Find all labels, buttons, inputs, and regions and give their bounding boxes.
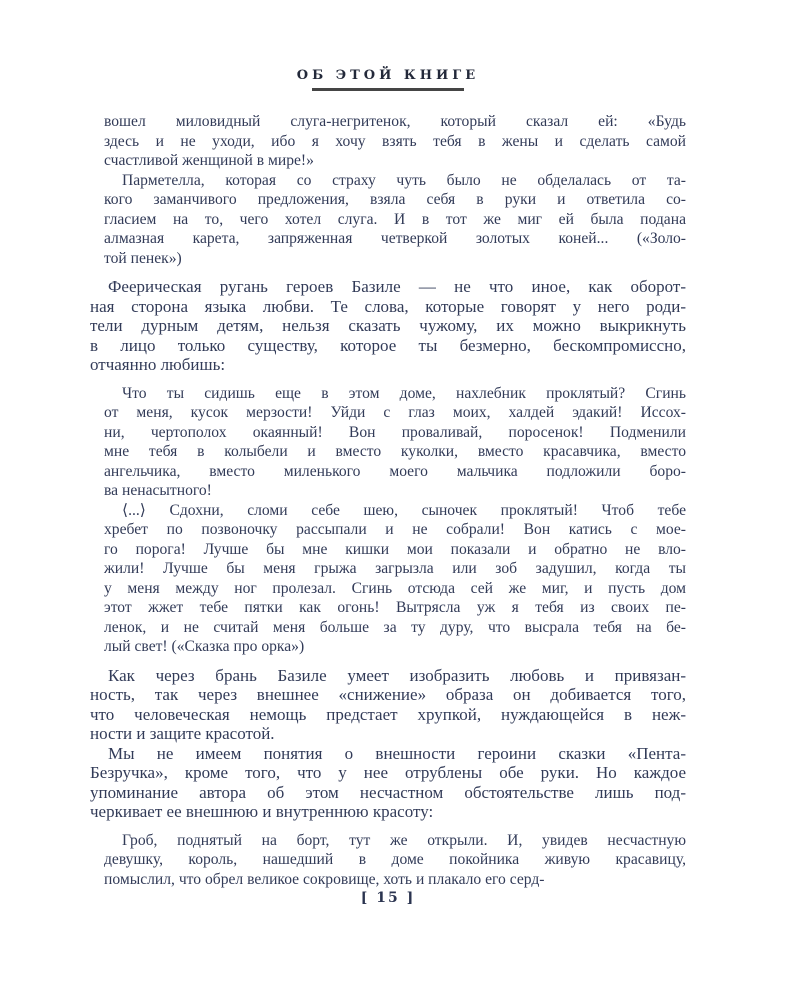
text-line: упоминание автора об этом несчастном обс… <box>90 783 686 803</box>
text-line: ва ненасытного! <box>104 481 686 501</box>
text-line: ленок, и не считай меня больше за ту дур… <box>104 618 686 638</box>
text-line: вошел миловидный слуга-негритенок, котор… <box>104 112 686 132</box>
text-line: гласием на то, чего хотел слуга. И в тот… <box>104 210 686 230</box>
text-line: Безручка», кроме того, что у нее отрубле… <box>90 763 686 783</box>
quote-block: Что ты сидишь еще в этом доме, нахлебник… <box>104 384 686 657</box>
text-line: той пенек») <box>104 249 686 269</box>
text-line: что человеческая немощь предстает хрупко… <box>90 705 686 725</box>
body-paragraph-block: Феерическая ругань героев Базиле — не чт… <box>90 277 686 375</box>
text-line: го порога! Лучше бы мне кишки мои показа… <box>104 540 686 560</box>
text-line: ная сторона языка любви. Те слова, котор… <box>90 297 686 317</box>
text-line: Как через брань Базиле умеет изобразить … <box>90 666 686 686</box>
text-line: отчаянно любишь: <box>90 355 686 375</box>
page-text: вошел миловидный слуга-негритенок, котор… <box>90 112 686 889</box>
chapter-title: ОБ ЭТОЙ КНИГЕ <box>297 68 479 83</box>
quote-block: вошел миловидный слуга-негритенок, котор… <box>104 112 686 268</box>
page-footer: [ 15 ] <box>90 889 686 907</box>
text-line: ность, так через внешнее «снижение» обра… <box>90 685 686 705</box>
text-line: кого заманчивого предложения, взяла себя… <box>104 190 686 210</box>
text-line: алмазная карета, запряженная четверкой з… <box>104 229 686 249</box>
text-line: в лицо только существу, которое ты безме… <box>90 336 686 356</box>
text-line: жили! Лучше бы меня грыжа загрызла или з… <box>104 559 686 579</box>
text-line: черкивает ее внешнюю и внутреннюю красот… <box>90 802 686 822</box>
text-line: у меня между ног пролезал. Сгинь отсюда … <box>104 579 686 599</box>
text-line: хребет по позвоночку рассыпали и не собр… <box>104 520 686 540</box>
page-number: [ 15 ] <box>361 890 415 906</box>
text-line: здесь и не уходи, ибо я хочу взять тебя … <box>104 132 686 152</box>
text-line: Мы не имеем понятия о внешности героини … <box>90 744 686 764</box>
text-line: помыслил, что обрел великое сокровище, х… <box>104 870 686 890</box>
text-line: Феерическая ругань героев Базиле — не чт… <box>90 277 686 297</box>
book-page: ОБ ЭТОЙ КНИГЕ вошел миловидный слуга-нег… <box>0 0 800 1000</box>
text-line: тели дурным детям, нельзя сказать чужому… <box>90 316 686 336</box>
text-line: Парметелла, которая со страху чуть было … <box>104 171 686 191</box>
text-line: ности и защите красотой. <box>90 724 686 744</box>
text-line: Что ты сидишь еще в этом доме, нахлебник… <box>104 384 686 404</box>
chapter-header: ОБ ЭТОЙ КНИГЕ <box>90 66 686 91</box>
text-line: ангельчика, вместо миленького моего маль… <box>104 462 686 482</box>
chapter-title-rule <box>312 88 464 91</box>
text-line: девушку, король, нашедший в доме покойни… <box>104 850 686 870</box>
text-line: счастливой женщиной в мире!» <box>104 151 686 171</box>
body-paragraph-block: Как через брань Базиле умеет изобразить … <box>90 666 686 822</box>
text-line: ⟨...⟩ Сдохни, сломи себе шею, сыночек пр… <box>104 501 686 521</box>
text-line: Гроб, поднятый на борт, тут же открыли. … <box>104 831 686 851</box>
text-line: от меня, кусок мерзости! Уйди с глаз мои… <box>104 403 686 423</box>
text-line: мне тебя в колыбели и вместо куколки, вм… <box>104 442 686 462</box>
text-line: этот жжет тебе пятки как огонь! Вытрясла… <box>104 598 686 618</box>
text-line: ни, чертополох окаянный! Вон проваливай,… <box>104 423 686 443</box>
text-line: лый свет! («Сказка про орка») <box>104 637 686 657</box>
quote-block: Гроб, поднятый на борт, тут же открыли. … <box>104 831 686 890</box>
